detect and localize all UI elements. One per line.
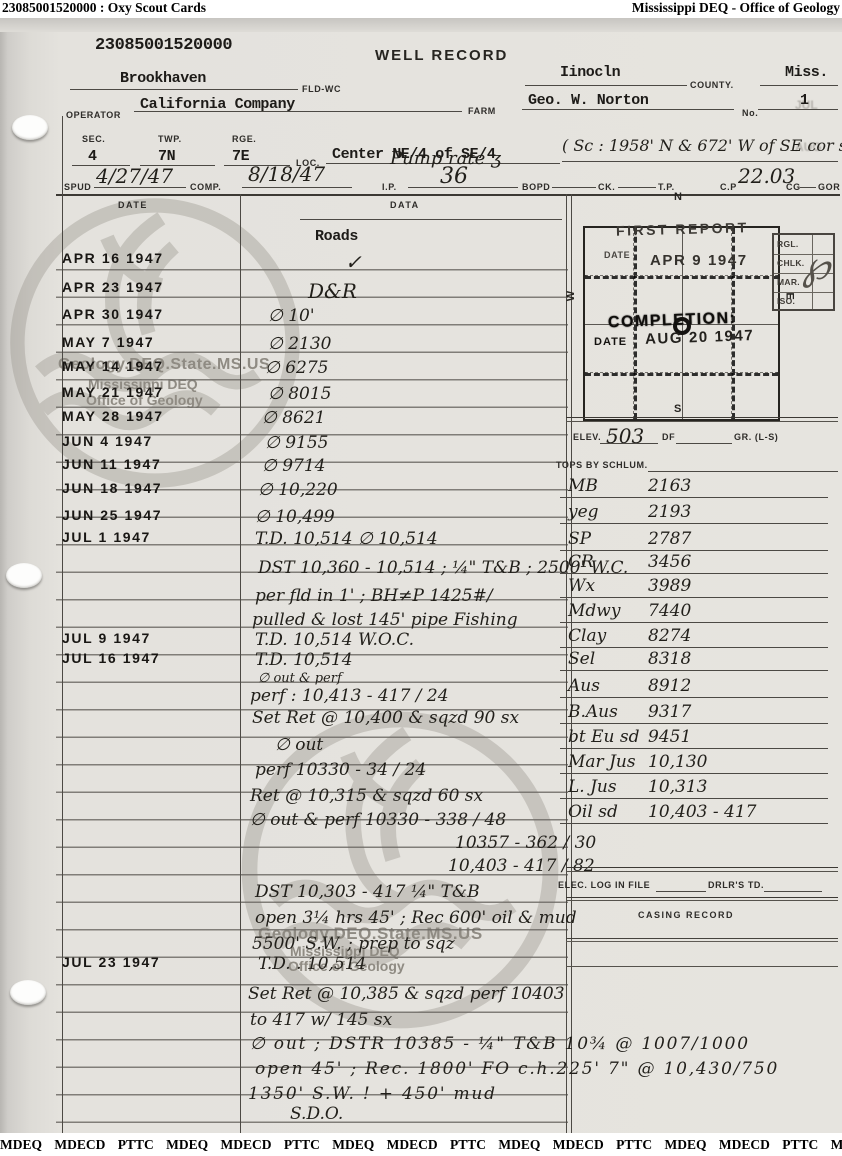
stamp-box-scribble: ℘ <box>802 243 830 289</box>
panel-rule <box>566 941 838 942</box>
county-label: COUNTY. <box>690 80 734 90</box>
log-entry-handwritten-text: T.D. . 10,514 <box>258 954 366 974</box>
log-entry-typed-text: Roads <box>315 228 358 245</box>
formation-depth: 9317 <box>648 702 691 722</box>
county-underline <box>525 66 687 86</box>
log-entry-handwritten-text: 1350' S.W. ! + 450' mud <box>248 1084 497 1104</box>
operator-underline <box>134 92 462 112</box>
formation-depth: 3456 <box>648 552 691 572</box>
panel-rule <box>566 421 838 422</box>
gor-label: GOR <box>818 182 840 192</box>
log-entry-handwritten-text: S.D.O. <box>290 1104 343 1124</box>
map-gridline <box>585 275 778 279</box>
formation-depth: 3989 <box>648 576 691 596</box>
tops-label-underline <box>648 454 838 472</box>
spud-underline <box>94 168 186 188</box>
elev-underline <box>600 426 658 444</box>
log-entry-handwritten-text: per fld in 1' ; BH≠P 1425#/ <box>255 586 493 606</box>
rge-label: RGE. <box>232 134 256 144</box>
drlrs-td-label: DRLR'S TD. <box>708 880 764 890</box>
log-entry-date-stamp: JUL 23 1947 <box>62 954 238 970</box>
ck-label: CK. <box>598 182 615 192</box>
viewer-title-right: Mississippi DEQ - Office of Geology <box>632 0 840 16</box>
formation-depth: 2163 <box>648 476 691 496</box>
ck-underline <box>552 168 596 188</box>
sec-underline <box>72 146 130 166</box>
log-entry-date-stamp: JUN 11 1947 <box>62 456 238 472</box>
log-entry-handwritten-text: T.D. 10,514 <box>255 650 353 670</box>
formation-name: Oil sd <box>568 802 618 822</box>
spud-label: SPUD <box>64 182 91 192</box>
comp-underline <box>242 168 352 188</box>
bopd-label: BOPD <box>522 182 550 192</box>
log-entry-handwritten-text: open 45' ; Rec. 1800' FO c.h.225' 7" @ 1… <box>255 1059 779 1079</box>
viewer-title-left: 23085001520000 : Oxy Scout Cards <box>2 0 206 16</box>
formation-depth: 2193 <box>648 502 691 522</box>
formation-name: CR <box>568 552 594 572</box>
stamp-box-row-label: CHLK. <box>777 258 804 268</box>
log-entry-handwritten-text: 5500' S.W. ; prep to sqz <box>252 934 455 954</box>
cp-label: C.P <box>720 182 737 192</box>
well-no-label: No. <box>742 108 758 118</box>
formation-depth: 8318 <box>648 649 691 669</box>
formation-depth: 10,313 <box>648 777 707 797</box>
gor-underline <box>800 168 816 188</box>
log-entry-handwritten-text: Set Ret @ 10,400 & sqzd 90 sx <box>252 708 519 728</box>
formation-name: B.Aus <box>568 702 618 722</box>
card-title: WELL RECORD <box>375 47 508 64</box>
compass-west: W <box>565 291 577 301</box>
tops-row-underline <box>560 533 828 551</box>
log-header-underline <box>300 202 562 220</box>
formation-name: MB <box>568 476 598 496</box>
ip-underline <box>408 168 518 188</box>
log-entry-handwritten-text: open 3¼ hrs 45' ; Rec 600' oil & mud <box>255 908 577 928</box>
table-top-rule <box>56 194 840 196</box>
log-entry-handwritten-text: ∅ out ; DSTR 10385 - ¼" T&B 10¾ @ 1007/1… <box>250 1034 750 1054</box>
log-entry-handwritten-text: perf : 10,413 - 417 / 24 <box>250 686 449 706</box>
panel-rule <box>566 938 838 939</box>
log-entry-handwritten-text: T.D. 10,514 W.O.C. <box>255 630 414 650</box>
log-entry-handwritten-text: pulled & lost 145' pipe Fishing <box>252 610 518 630</box>
tops-row-underline <box>560 480 828 498</box>
stamp-box-row-label: ISO. <box>777 296 795 306</box>
compass-north: N <box>674 191 682 203</box>
log-entry-date-stamp: MAY 21 1947 <box>62 384 238 400</box>
tops-row-underline <box>560 680 828 698</box>
elec-log-label: ELEC. LOG IN FILE <box>558 880 650 890</box>
formation-name: Clay <box>568 626 606 646</box>
log-entry-date-stamp: APR 23 1947 <box>62 279 238 295</box>
classification-stamp-box: RGL.CHLK.MAR.ISO. ℘ <box>772 233 835 311</box>
log-entry-date-stamp: JUL 1 1947 <box>62 529 238 545</box>
log-date-header: DATE <box>118 200 148 210</box>
casing-record-label: CASING RECORD <box>638 910 734 920</box>
tops-row-underline <box>560 580 828 598</box>
sec-label: SEC. <box>82 134 105 144</box>
log-entry-handwritten-text: 10,403 - 417 / 82 <box>448 856 595 876</box>
log-entry-handwritten-text: to 417 w/ 145 sx <box>250 1010 392 1030</box>
panel-rule <box>566 417 838 418</box>
log-entry-handwritten-text: ∅ 2130 <box>268 334 331 354</box>
farm-underline <box>522 90 734 110</box>
twp-underline <box>140 146 215 166</box>
tops-row-underline <box>560 653 828 671</box>
first-report-date-label: DATE <box>604 250 630 260</box>
formation-name: Mar Jus <box>568 752 636 772</box>
panel-rule <box>566 900 838 901</box>
log-entry-date-stamp: APR 30 1947 <box>62 306 238 322</box>
elev-label: ELEV. <box>573 432 601 442</box>
panel-rule <box>566 966 838 967</box>
panel-rule <box>566 871 838 872</box>
log-entry-handwritten-text: ∅ 6275 <box>265 358 328 378</box>
formation-depth: 7440 <box>648 601 691 621</box>
log-entry-date-stamp: MAY 14 1947 <box>62 358 238 374</box>
operator-label: OPERATOR <box>66 110 121 120</box>
formation-name: yeg <box>568 502 599 522</box>
log-entry-handwritten-text: ∅ 10' <box>268 306 315 326</box>
field-underline <box>70 70 298 90</box>
scanned-well-record-viewer: 23085001520000 : Oxy Scout Cards Mississ… <box>0 0 842 1156</box>
log-entry-date-stamp: JUN 18 1947 <box>62 480 238 496</box>
viewer-footer: MDEQ MDECD PTTC MDEQ MDECD PTTC MDEQ MDE… <box>0 1133 842 1156</box>
formation-depth: 8912 <box>648 676 691 696</box>
elev-gr-label: GR. (L-S) <box>734 432 778 442</box>
cg-label: CG <box>786 182 801 192</box>
log-entry-handwritten-text: ∅ out <box>275 735 323 755</box>
log-entry-date-stamp: JUL 9 1947 <box>62 630 238 646</box>
log-entry-handwritten-text: Ret @ 10,315 & sqzd 60 sx <box>250 786 483 806</box>
log-entry-handwritten-text: Set Ret @ 10,385 & sqzd perf 10403 <box>248 984 565 1004</box>
log-entry-date-stamp: APR 16 1947 <box>62 250 238 266</box>
log-entry-handwritten-text: ∅ 10,220 <box>258 480 338 500</box>
log-entry-date-stamp: MAY 7 1947 <box>62 334 238 350</box>
log-entry-handwritten-text: perf 10330 - 34 / 24 <box>255 760 426 780</box>
log-entry-handwritten-text: ∅ 9155 <box>265 433 328 453</box>
formation-depth: 8274 <box>648 626 691 646</box>
tp-underline <box>618 168 656 188</box>
log-entry-handwritten-text: ∅ 9714 <box>262 456 325 476</box>
log-entry-handwritten-text: ∅ out & perf <box>258 671 342 686</box>
stamp-box-row-label: MAR. <box>777 277 800 287</box>
elev-df-underline <box>676 426 732 444</box>
drlrs-td-underline <box>764 876 822 892</box>
log-entry-date-stamp: JUN 4 1947 <box>62 433 238 449</box>
formation-name: bt Eu sd <box>568 727 640 747</box>
scanned-card: Geology.DEQ.State.MS.US Mississippi DEQ … <box>0 18 842 1133</box>
log-entry-handwritten-text: 10357 - 362 / 30 <box>455 833 596 853</box>
loc-note-underline <box>562 142 838 162</box>
state-underline <box>760 66 838 86</box>
map-gridline <box>585 372 778 376</box>
well-no-underline <box>758 90 838 110</box>
tp-label: T.P. <box>658 182 675 192</box>
completion-date-label: DATE <box>594 336 627 348</box>
formation-name: Aus <box>568 676 600 696</box>
first-report-date-stamp: APR 9 1947 <box>650 252 748 269</box>
stamp-box-row-label: RGL. <box>777 239 799 249</box>
comp-label: COMP. <box>190 182 221 192</box>
viewer-titlebar: 23085001520000 : Oxy Scout Cards Mississ… <box>0 0 842 18</box>
twp-label: TWP. <box>158 134 182 144</box>
log-entry-handwritten-text: ∅ 8015 <box>268 384 331 404</box>
date-column-divider <box>240 194 241 1133</box>
formation-name: Mdwy <box>568 601 620 621</box>
log-entry-handwritten-text: ∅ 10,499 <box>255 507 335 527</box>
log-entry-handwritten-text: D&R <box>308 279 357 303</box>
formation-depth: 2787 <box>648 529 691 549</box>
tops-label: TOPS BY SCHLUM. <box>556 460 648 470</box>
log-entry-date-stamp: MAY 28 1947 <box>62 408 238 424</box>
well-record-card: 23085001520000 WELL RECORD Brookhaven FL… <box>0 18 842 1133</box>
tops-row-underline <box>560 506 828 524</box>
log-entry-handwritten-text: T.D. 10,514 ∅ 10,514 <box>255 529 438 549</box>
formation-name: L. Jus <box>568 777 617 797</box>
log-entry-date-stamp: JUL 16 1947 <box>62 650 238 666</box>
formation-depth: 10,403 - 417 <box>648 802 756 822</box>
compass-south: S <box>674 403 681 415</box>
elec-log-underline <box>656 876 706 892</box>
panel-rule <box>566 867 838 868</box>
formation-name: SP <box>568 529 591 549</box>
elev-df-label: DF <box>662 432 675 442</box>
log-entry-handwritten-text: ∅ out & perf 10330 - 338 / 48 <box>250 810 506 830</box>
api-number: 23085001520000 <box>95 36 232 55</box>
formation-depth: 10,130 <box>648 752 707 772</box>
ip-label: I.P. <box>382 182 397 192</box>
log-entry-handwritten-text: ✓ <box>345 250 362 274</box>
log-entry-date-stamp: JUN 25 1947 <box>62 507 238 523</box>
log-entry-handwritten-text: ∅ 8621 <box>262 408 325 428</box>
panel-rule <box>566 897 838 898</box>
stamp-box-rule <box>774 292 833 293</box>
formation-name: Sel <box>568 649 595 669</box>
formation-depth: 9451 <box>648 727 691 747</box>
tops-row-underline <box>560 556 828 574</box>
farm-label: FARM <box>468 106 496 116</box>
log-entry-handwritten-text: DST 10,303 - 417 ¼" T&B <box>255 882 480 902</box>
formation-name: Wx <box>568 576 595 596</box>
card-left-border <box>62 116 63 1133</box>
